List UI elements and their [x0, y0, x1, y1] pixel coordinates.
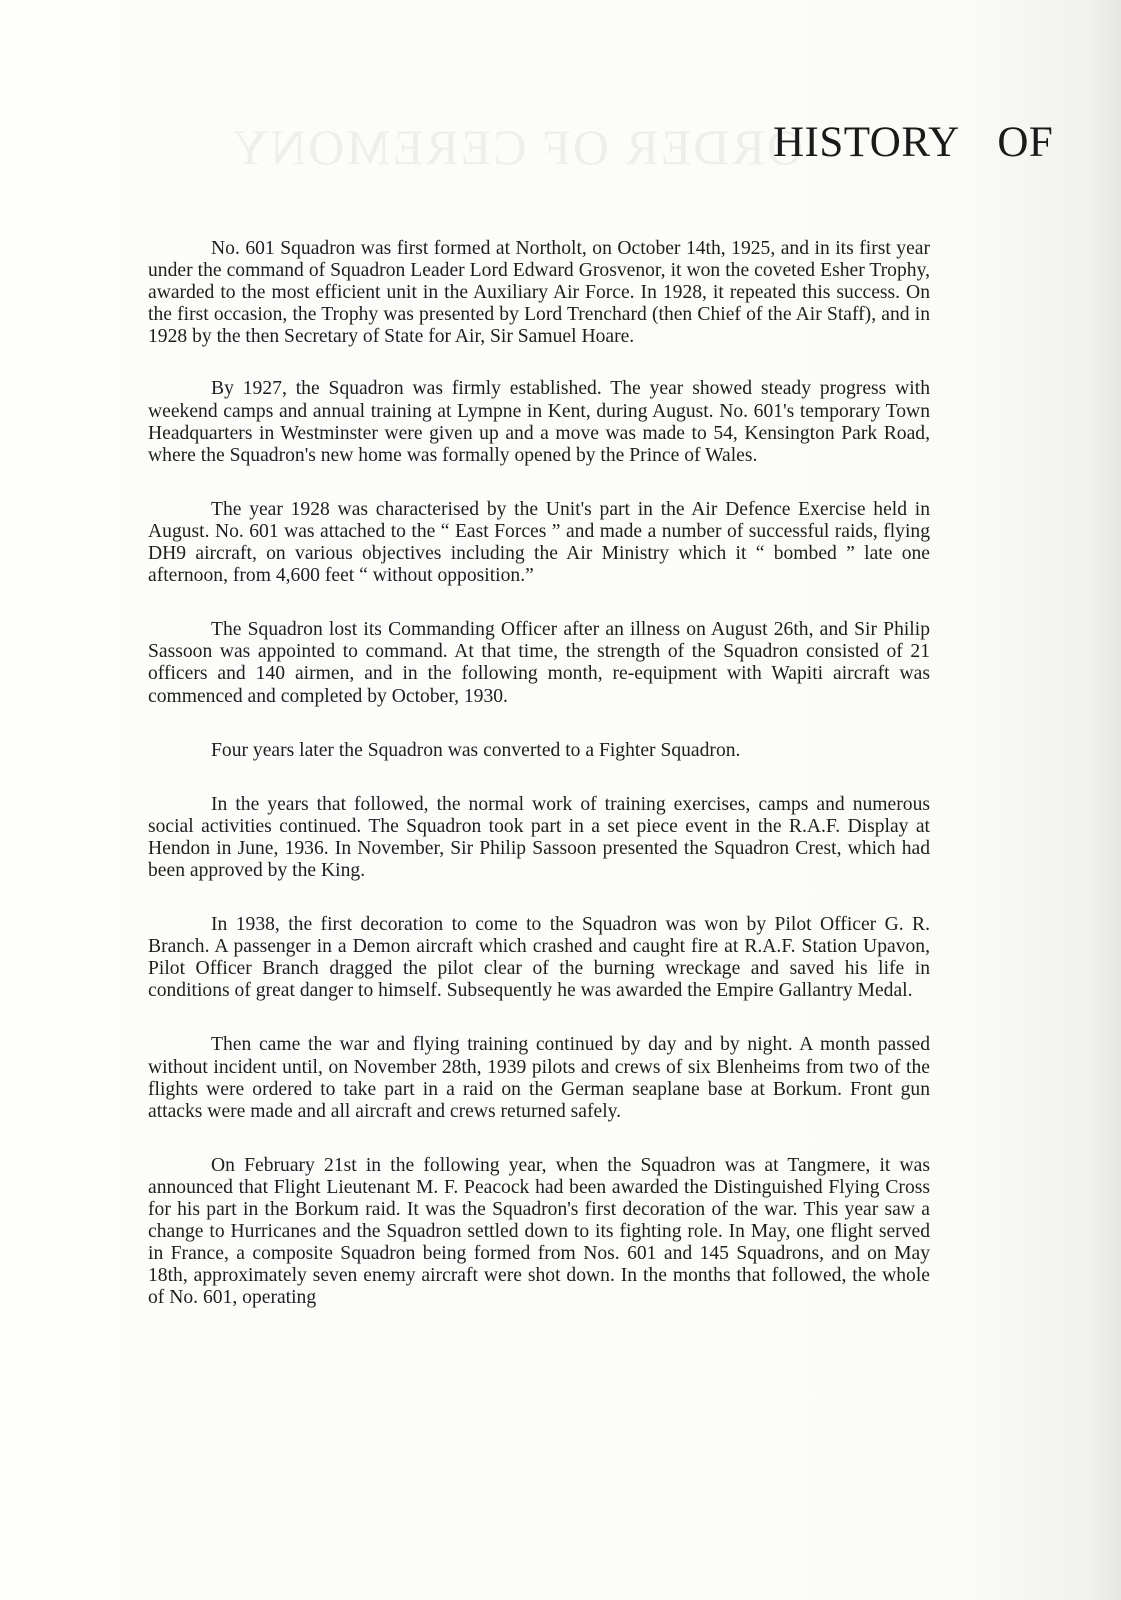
- paragraph: No. 601 Squadron was first formed at Nor…: [148, 238, 930, 348]
- bleed-through-text: ORDER OF CEREMONY: [230, 118, 803, 176]
- page-title: HISTORY OF: [773, 118, 1053, 167]
- paragraph: In 1938, the first decoration to come to…: [148, 914, 930, 1002]
- paragraph: The year 1928 was characterised by the U…: [148, 499, 930, 587]
- paragraph: On February 21st in the following year, …: [148, 1155, 930, 1310]
- paragraph: The Squadron lost its Commanding Officer…: [148, 619, 930, 707]
- paragraph: By 1927, the Squadron was firmly establi…: [148, 378, 930, 466]
- body-text: No. 601 Squadron was first formed at Nor…: [148, 238, 930, 1309]
- paragraph: In the years that followed, the normal w…: [148, 794, 930, 882]
- paragraph: Four years later the Squadron was conver…: [148, 740, 930, 762]
- document-page: ORDER OF CEREMONY HISTORY OF No. 601 Squ…: [0, 0, 1121, 1600]
- paragraph: Then came the war and flying training co…: [148, 1034, 930, 1122]
